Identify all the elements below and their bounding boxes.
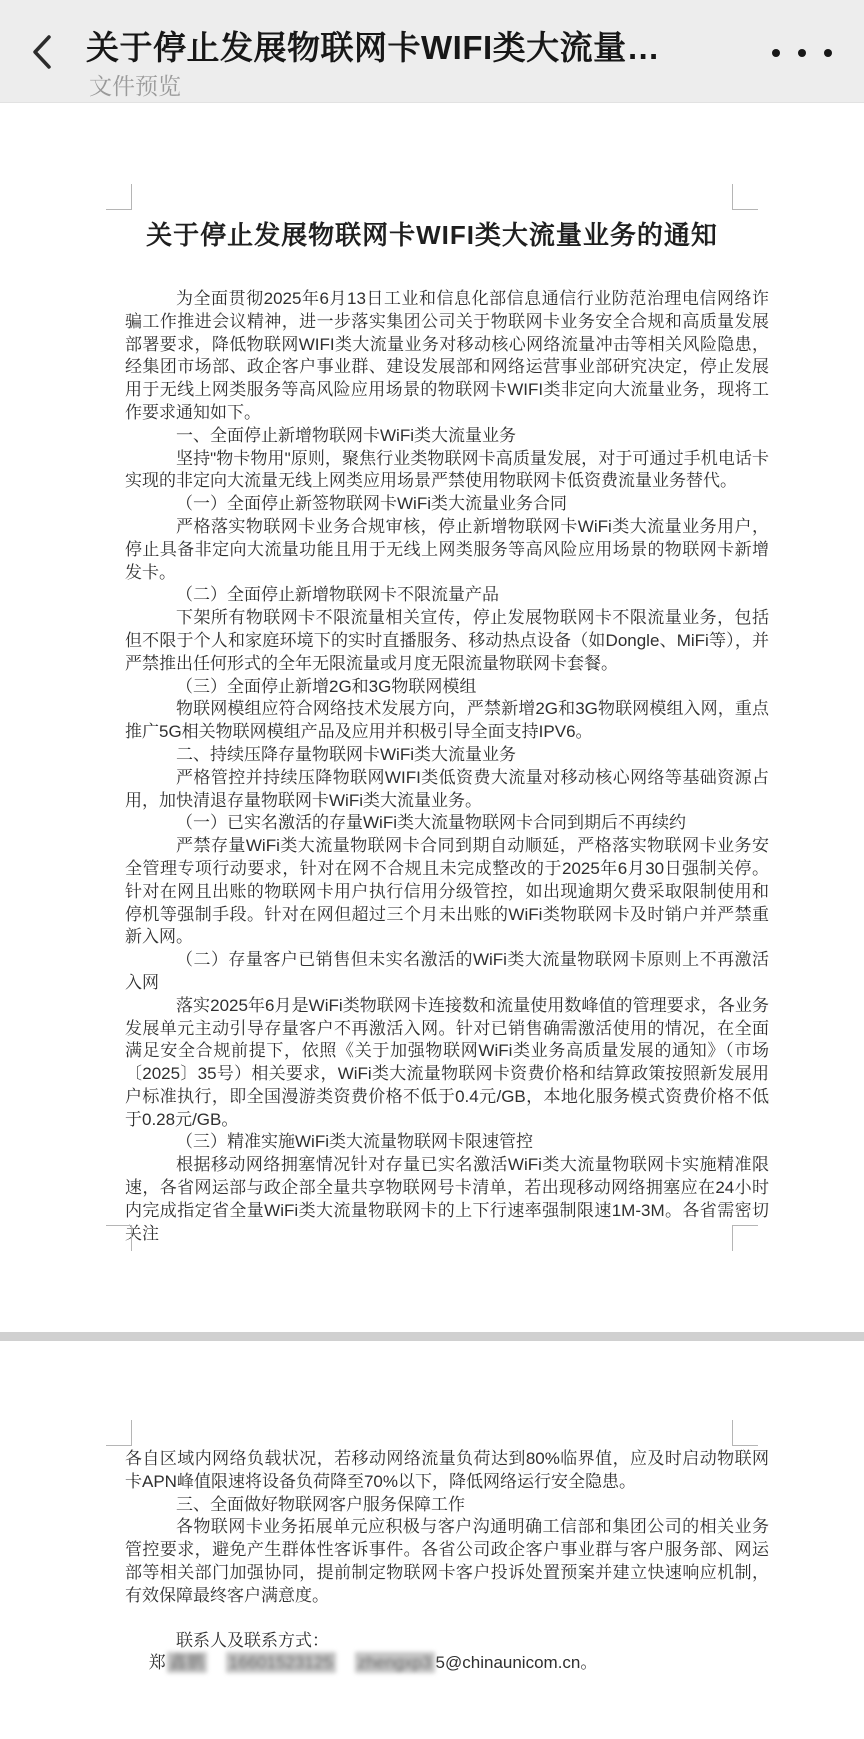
contact-text: 郑 bbox=[149, 1653, 166, 1672]
doc-paragraph: 严禁存量WiFi类大流量物联网卡合同到期自动顺延，严格落实物联网卡业务安全管理专… bbox=[125, 835, 769, 949]
ellipsis-dot bbox=[824, 49, 832, 57]
document-page-2: 各自区域内网络负载状况，若移动网络流量负荷达到80%临界值，应及时启动物联网卡A… bbox=[0, 1341, 864, 1739]
crop-mark-top-right bbox=[732, 1420, 758, 1446]
doc-section-heading: 二、持续压降存量物联网卡WiFi类大流量业务 bbox=[125, 744, 769, 767]
document-title: 关于停止发展物联网卡WIFI类大流量业务的通知 bbox=[0, 103, 864, 252]
doc-paragraph: 为全面贯彻2025年6月13日工业和信息化部信息通信行业防范治理电信网络诈骗工作… bbox=[125, 288, 769, 425]
doc-paragraph: 各物联网卡业务拓展单元应积极与客户沟通明确工信部和集团公司的相关业务管控要求，避… bbox=[125, 1516, 769, 1607]
redacted-text: 鑫鹏 bbox=[167, 1652, 207, 1673]
doc-section-heading: 一、全面停止新增物联网卡WiFi类大流量业务 bbox=[125, 425, 769, 448]
doc-section-heading: （一）已实名激活的存量WiFi类大流量物联网卡合同到期后不再续约 bbox=[125, 812, 769, 835]
doc-paragraph: 严格管控并持续压降物联网WIFI类低资费大流量对移动核心网络等基础资源占用，加快… bbox=[125, 767, 769, 813]
document-page-1: 关于停止发展物联网卡WIFI类大流量业务的通知 为全面贯彻2025年6月13日工… bbox=[0, 103, 864, 1332]
page1-text: 为全面贯彻2025年6月13日工业和信息化部信息通信行业防范治理电信网络诈骗工作… bbox=[125, 288, 769, 1245]
doc-section-heading: （三）精准实施WiFi类大流量物联网卡限速管控 bbox=[125, 1131, 769, 1154]
page2-text: 各自区域内网络负载状况，若移动网络流量负荷达到80%临界值，应及时启动物联网卡A… bbox=[125, 1448, 769, 1608]
redacted-text: 16601523125 bbox=[226, 1652, 336, 1673]
contact-line: 郑鑫鹏 16601523125 zhengxp35@chinaunicom.cn… bbox=[125, 1652, 769, 1675]
more-menu-button[interactable] bbox=[770, 36, 834, 70]
doc-paragraph: 根据移动网络拥塞情况针对存量已实名激活WiFi类大流量物联网卡实施精准限速，各省… bbox=[125, 1154, 769, 1245]
preview-subtitle: 文件预览 bbox=[89, 68, 181, 101]
page-divider bbox=[0, 1332, 864, 1341]
doc-paragraph: 落实2025年6月是WiFi类物联网卡连接数和流量使用数峰值的管理要求，各业务发… bbox=[125, 995, 769, 1132]
ellipsis-dot bbox=[798, 49, 806, 57]
doc-section-heading: 三、全面做好物联网客户服务保障工作 bbox=[125, 1494, 769, 1517]
document-preview-area[interactable]: 关于停止发展物联网卡WIFI类大流量业务的通知 为全面贯彻2025年6月13日工… bbox=[0, 103, 864, 1739]
contact-label: 联系人及联系方式： bbox=[125, 1630, 769, 1653]
doc-paragraph: 坚持"物卡物用"原则，聚焦行业类物联网卡高质量发展，对于可通过手机电话卡实现的非… bbox=[125, 448, 769, 494]
crop-mark-bottom-left bbox=[106, 1225, 132, 1251]
contact-text: 5@chinaunicom.cn。 bbox=[436, 1653, 598, 1672]
crop-mark-top-left bbox=[106, 1420, 132, 1446]
file-title: 关于停止发展物联网卡WIFI类大流量… bbox=[86, 22, 722, 69]
back-button[interactable] bbox=[22, 28, 62, 76]
crop-mark-bottom-right bbox=[732, 1225, 758, 1251]
doc-section-heading: （二）全面停止新增物联网卡不限流量产品 bbox=[125, 584, 769, 607]
doc-paragraph: 严格落实物联网卡业务合规审核，停止新增物联网卡WiFi类大流量业务用户，停止具备… bbox=[125, 516, 769, 584]
file-preview-screen: { "header": { "back_icon": "chevron-left… bbox=[0, 0, 864, 1739]
doc-paragraph: 物联网模组应符合网络技术发展方向，严禁新增2G和3G物联网模组入网，重点推广5G… bbox=[125, 698, 769, 744]
preview-header-bar: 关于停止发展物联网卡WIFI类大流量… 文件预览 bbox=[0, 0, 864, 103]
contact-text bbox=[208, 1653, 225, 1672]
chevron-left-icon bbox=[31, 33, 53, 71]
crop-mark-top-left bbox=[106, 184, 132, 210]
redacted-text: zhengxp3 bbox=[355, 1652, 435, 1673]
doc-section-heading: （二）存量客户已销售但未实名激活的WiFi类大流量物联网卡原则上不再激活入网 bbox=[125, 949, 769, 995]
crop-mark-top-right bbox=[732, 184, 758, 210]
doc-paragraph: 下架所有物联网卡不限流量相关宣传，停止发展物联网卡不限流量业务，包括但不限于个人… bbox=[125, 607, 769, 675]
doc-section-heading: （一）全面停止新签物联网卡WiFi类大流量业务合同 bbox=[125, 493, 769, 516]
contact-text bbox=[337, 1653, 354, 1672]
doc-section-heading: （三）全面停止新增2G和3G物联网模组 bbox=[125, 676, 769, 699]
ellipsis-dot bbox=[772, 49, 780, 57]
doc-paragraph-continued: 各自区域内网络负载状况，若移动网络流量负荷达到80%临界值，应及时启动物联网卡A… bbox=[125, 1448, 769, 1494]
